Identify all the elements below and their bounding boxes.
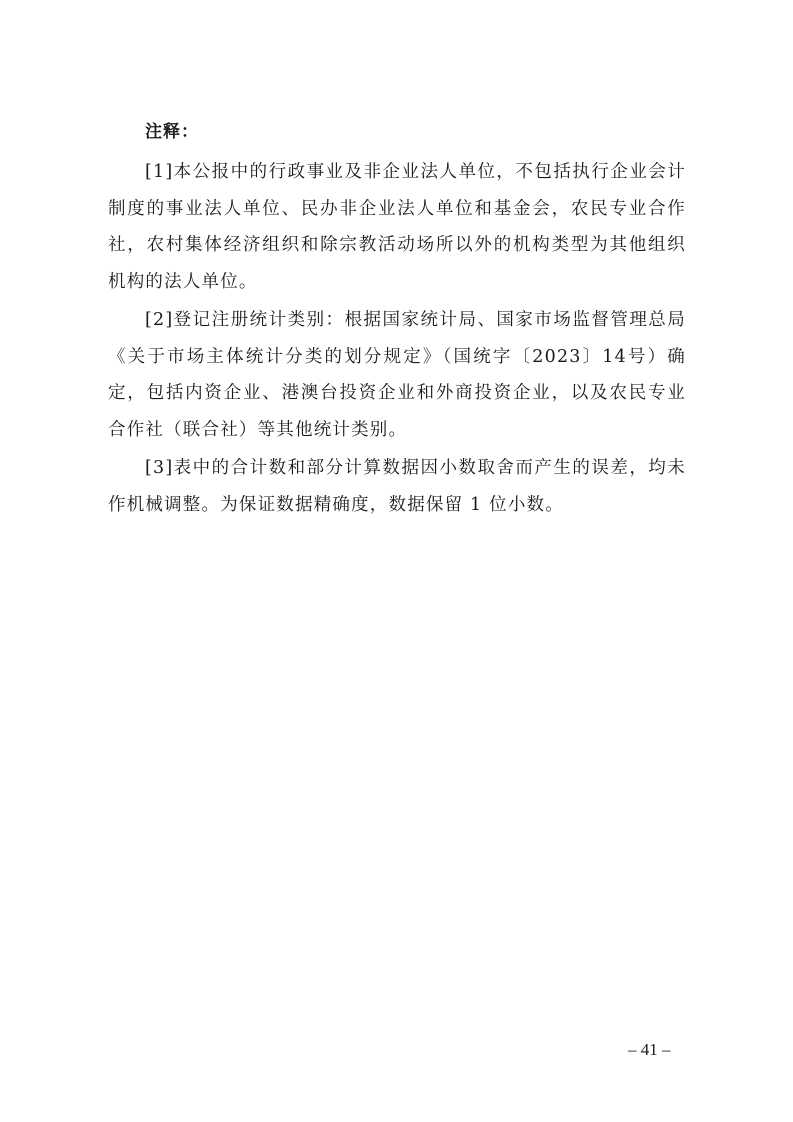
note-3: [3]表中的合计数和部分计算数据因小数取舍而产生的误差，均未作机械调整。为保证数… <box>108 450 686 523</box>
document-page: 注释： [1]本公报中的行政事业及非企业法人单位，不包括执行企业会计制度的事业法… <box>108 122 686 525</box>
notes-heading: 注释： <box>108 122 686 142</box>
note-1: [1]本公报中的行政事业及非企业法人单位，不包括执行企业会计制度的事业法人单位、… <box>108 154 686 300</box>
page-number: – 41 – <box>628 1040 671 1060</box>
note-2: [2]登记注册统计类别：根据国家统计局、国家市场监督管理总局《关于市场主体统计分… <box>108 302 686 448</box>
